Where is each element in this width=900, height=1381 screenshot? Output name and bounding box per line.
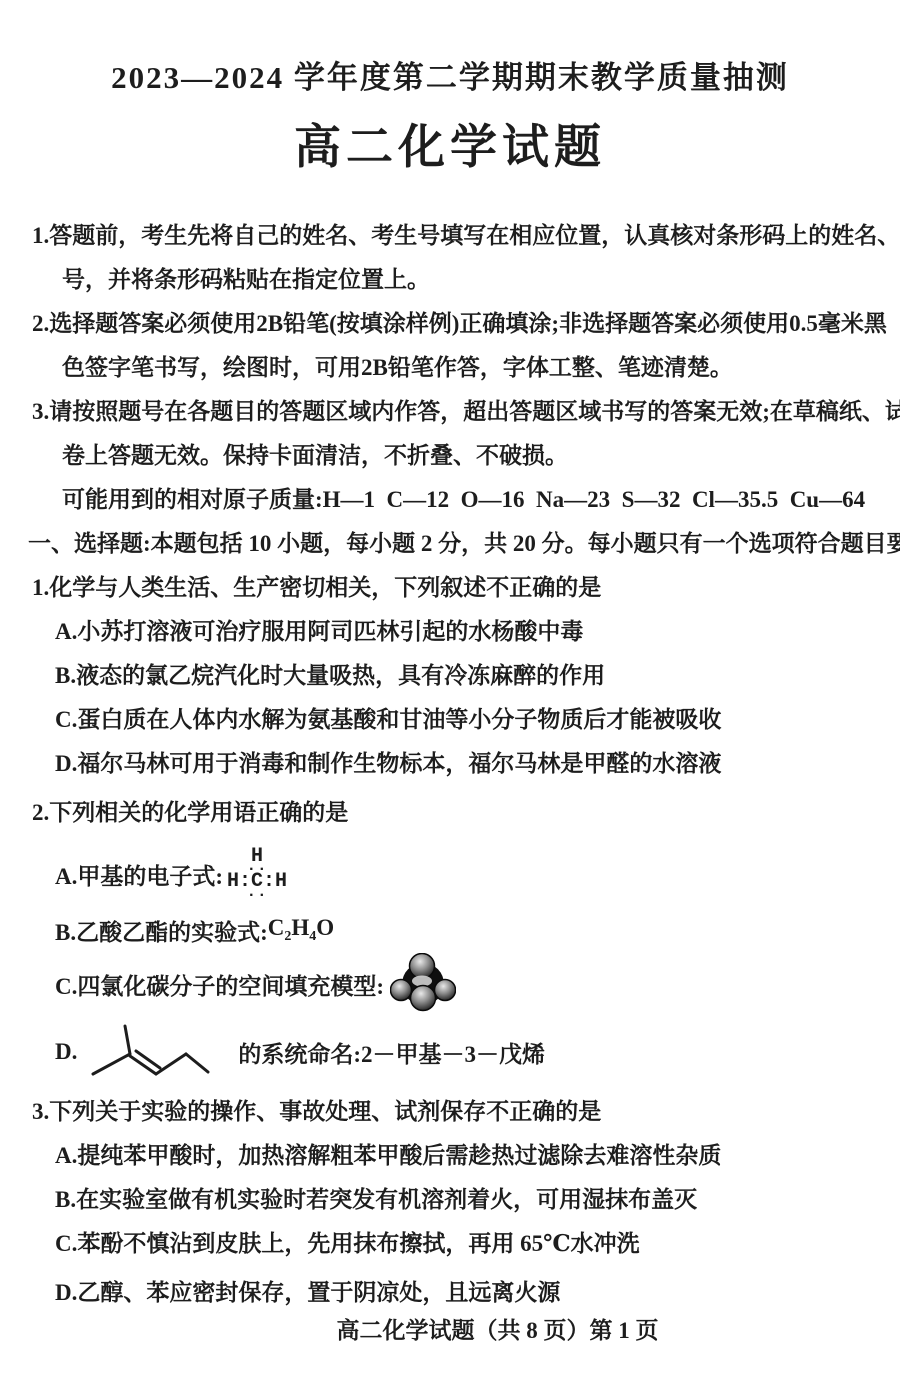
exam-paper-page: 2023—2024 学年度第二学期期末教学质量抽测 高二化学试题 1.答题前，考… <box>0 0 900 1381</box>
notice-3-line-2: 卷上答题无效。保持卡面清洁，不折叠、不破损。 <box>0 434 900 478</box>
q2-option-c: C.四氯化碳分子的空间填充模型: <box>0 952 900 1016</box>
q1-stem: 1.化学与人类生活、生产密切相关，下列叙述不正确的是 <box>0 566 900 610</box>
notice-1-line-2: 号，并将条形码粘贴在指定位置上。 <box>0 258 900 302</box>
section-1-header: 一、选择题:本题包括 10 小题，每小题 2 分，共 20 分。每小题只有一个选… <box>0 522 900 566</box>
page-footer: 高二化学试题（共 8 页）第 1 页 <box>0 1309 900 1353</box>
q1-option-b: B.液态的氯乙烷汽化时大量吸热，具有冷冻麻醉的作用 <box>0 654 900 698</box>
q2-option-b: B.乙酸乙酯的实验式: C2H4O <box>0 908 900 952</box>
q2-option-d-text: 的系统命名:2－甲基－3－戊烯 <box>238 1036 545 1069</box>
q2-option-c-label: C.四氯化碳分子的空间填充模型: <box>55 968 384 1001</box>
atomic-masses-line: 可能用到的相对原子质量:H—1 C—12 O—16 Na—23 S—32 Cl—… <box>0 478 900 522</box>
q2-option-a: A.甲基的电子式: H ·· H:C:H ·· <box>0 840 900 908</box>
paper-title: 高二化学试题 <box>0 118 900 178</box>
q3-stem: 3.下列关于实验的操作、事故处理、试剂保存不正确的是 <box>0 1090 900 1134</box>
formula-h: H <box>291 915 309 940</box>
notice-2-line-1: 2.选择题答案必须使用2B铅笔(按填涂样例)正确填涂;非选择题答案必须使用0.5… <box>0 302 900 346</box>
q2-stem: 2.下列相关的化学用语正确的是 <box>0 791 900 835</box>
q1-option-a: A.小苏打溶液可治疗服用阿司匹林引起的水杨酸中毒 <box>0 610 900 654</box>
methyl-electron-dot-formula: H ·· H:C:H ·· <box>227 849 287 899</box>
empirical-formula: C2H4O <box>268 915 334 945</box>
q2-option-b-label: B.乙酸乙酯的实验式: <box>55 914 268 947</box>
ccl4-space-filling-model-graphic <box>390 953 456 1015</box>
paper-body: 1.答题前，考生先将自己的姓名、考生号填写在相应位置，认真核对条形码上的姓名、考… <box>0 214 900 1353</box>
q3-option-c: C.苯酚不慎沾到皮肤上，先用抹布擦拭，再用 65℃水冲洗 <box>0 1222 900 1266</box>
q3-option-b: B.在实验室做有机实验时若突发有机溶剂着火，可用湿抹布盖灭 <box>0 1178 900 1222</box>
notice-3-line-1: 3.请按照题号在各题目的答题区域内作答，超出答题区域书写的答案无效;在草稿纸、试… <box>0 390 900 434</box>
q1-option-c: C.蛋白质在人体内水解为氨基酸和甘油等小分子物质后才能被吸收 <box>0 698 900 742</box>
q2-option-a-label: A.甲基的电子式: <box>55 858 223 891</box>
formula-c: C <box>268 915 285 940</box>
q1-option-d: D.福尔马林可用于消毒和制作生物标本，福尔马林是甲醛的水溶液 <box>0 742 900 786</box>
notice-2-line-2: 色签字笔书写，绘图时，可用2B铅笔作答，字体工整、笔迹清楚。 <box>0 346 900 390</box>
q2-option-d-label: D. <box>55 1039 77 1065</box>
formula-o: O <box>316 915 334 940</box>
q3-option-a: A.提纯苯甲酸时，加热溶解粗苯甲酸后需趁热过滤除去难溶性杂质 <box>0 1134 900 1178</box>
lewis-lower-dots: ·· <box>246 891 267 899</box>
notice-1-line-1: 1.答题前，考生先将自己的姓名、考生号填写在相应位置，认真核对条形码上的姓名、考… <box>0 214 900 258</box>
q2-option-d: D. 的系统命名:2－甲基－3－戊烯 <box>0 1018 900 1086</box>
skeletal-structure-2-methyl-2-pentene <box>87 1021 212 1083</box>
exam-session-title: 2023—2024 学年度第二学期期末教学质量抽测 <box>0 0 900 98</box>
